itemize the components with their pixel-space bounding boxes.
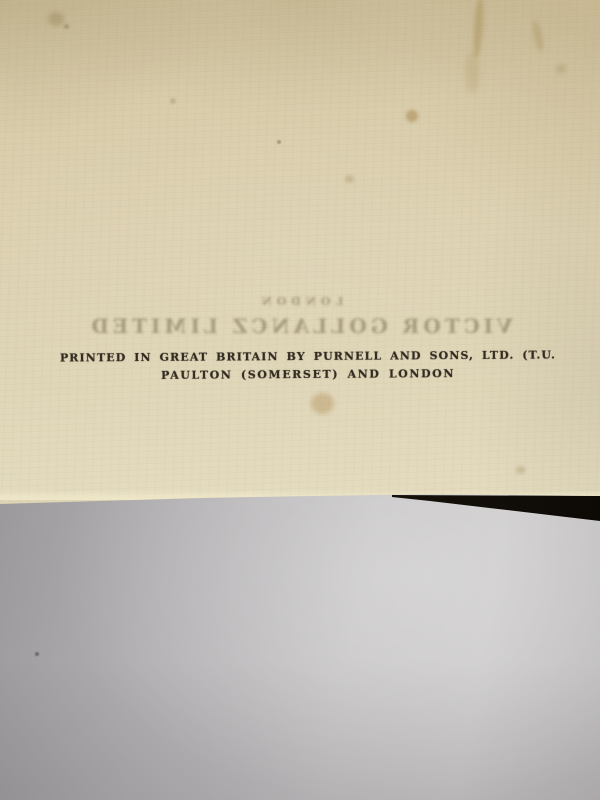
foxing-spot [516, 466, 525, 474]
foxing-spot [170, 98, 176, 104]
stain-streak [466, 52, 479, 94]
showthrough-line-publisher: VICTOR GOLLANCZ LIMITED [0, 314, 600, 338]
dust-speck [35, 652, 39, 656]
foxing-spot [64, 24, 69, 29]
foxing-spot [311, 393, 334, 414]
foxing-spot [345, 175, 354, 183]
foxing-spot [277, 140, 281, 144]
foxing-spot [406, 110, 418, 122]
book-photo: LONDON VICTOR GOLLANCZ LIMITED PRINTED I… [0, 0, 600, 800]
foxing-spot [48, 12, 64, 26]
foxing-spot [556, 64, 566, 74]
showthrough-text: LONDON VICTOR GOLLANCZ LIMITED [0, 295, 600, 338]
under-page [0, 488, 600, 800]
book-page: LONDON VICTOR GOLLANCZ LIMITED PRINTED I… [0, 0, 600, 512]
paper-texture [0, 0, 600, 512]
showthrough-line-london: LONDON [0, 295, 600, 308]
printer-imprint: PRINTED IN GREAT BRITAIN BY PURNELL AND … [8, 348, 600, 383]
imprint-line-1: PRINTED IN GREAT BRITAIN BY PURNELL AND … [8, 348, 600, 365]
